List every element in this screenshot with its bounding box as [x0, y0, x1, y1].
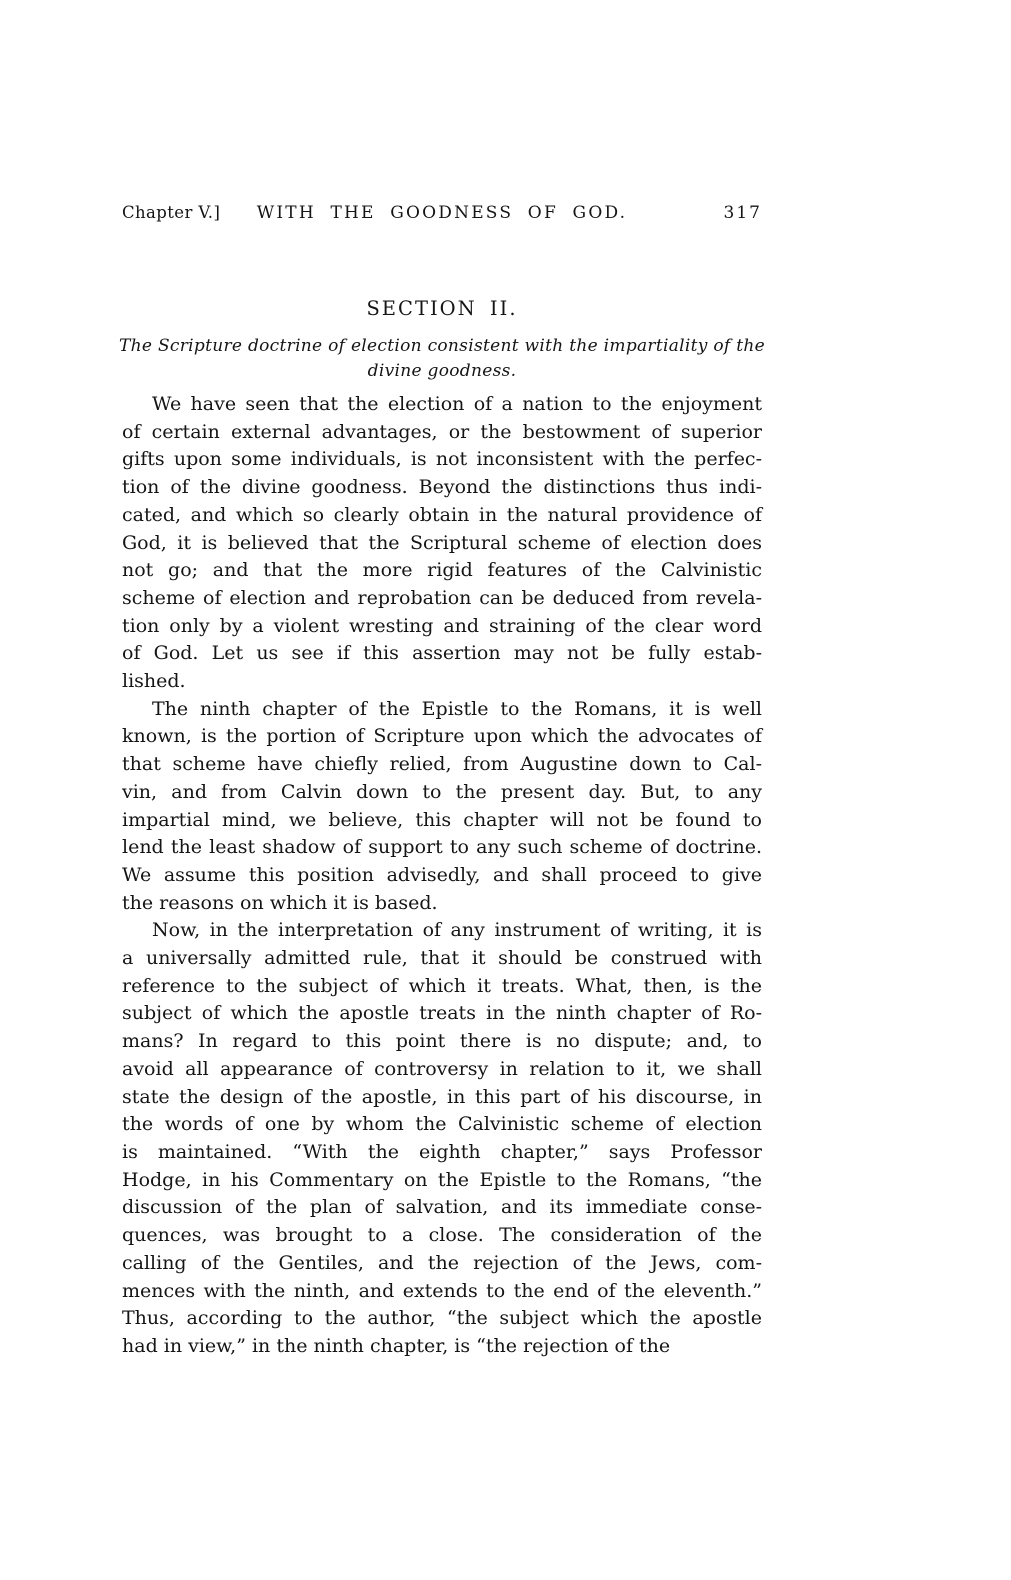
text-line: scheme of election and reprobation can b…: [122, 585, 762, 613]
text-line: cated, and which so clearly obtain in th…: [122, 502, 762, 530]
text-line: lend the least shadow of support to any …: [122, 834, 762, 862]
text-line: of God. Let us see if this assertion may…: [122, 640, 762, 668]
text-line: mences with the ninth, and extends to th…: [122, 1278, 762, 1306]
body-text: We have seen that the election of a nati…: [122, 391, 762, 1361]
text-line: calling of the Gentiles, and the rejecti…: [122, 1250, 762, 1278]
text-line: the words of one by whom the Calvinistic…: [122, 1111, 762, 1139]
paragraph: We have seen that the election of a nati…: [122, 391, 762, 696]
text-line: Hodge, in his Commentary on the Epistle …: [122, 1167, 762, 1195]
running-head-title: WITH THE GOODNESS OF GOD.: [122, 203, 762, 223]
section-subtitle: The Scripture doctrine of election consi…: [102, 334, 782, 384]
subtitle-line: divine goodness.: [102, 359, 782, 384]
text-line: lished.: [122, 668, 762, 696]
text-line: vin, and from Calvin down to the present…: [122, 779, 762, 807]
text-line: subject of which the apostle treats in t…: [122, 1000, 762, 1028]
subtitle-line: The Scripture doctrine of election consi…: [102, 334, 782, 359]
section-heading: SECTION II.: [122, 297, 762, 320]
paragraph: The ninth chapter of the Epistle to the …: [122, 696, 762, 918]
text-line: We assume this position advisedly, and s…: [122, 862, 762, 890]
running-header: Chapter V.] WITH THE GOODNESS OF GOD. 31…: [122, 203, 762, 227]
text-line: tion of the divine goodness. Beyond the …: [122, 474, 762, 502]
text-line: impartial mind, we believe, this chapter…: [122, 807, 762, 835]
book-page: Chapter V.] WITH THE GOODNESS OF GOD. 31…: [0, 0, 1011, 1580]
text-line: Thus, according to the author, “the subj…: [122, 1305, 762, 1333]
text-line: that scheme have chiefly relied, from Au…: [122, 751, 762, 779]
text-line: the reasons on which it is based.: [122, 890, 762, 918]
text-line: reference to the subject of which it tre…: [122, 973, 762, 1001]
text-line: gifts upon some individuals, is not inco…: [122, 446, 762, 474]
text-line: We have seen that the election of a nati…: [122, 391, 762, 419]
text-line: Now, in the interpretation of any instru…: [122, 917, 762, 945]
page-number: 317: [724, 203, 762, 223]
paragraph: Now, in the interpretation of any instru…: [122, 917, 762, 1360]
text-line: is maintained. “With the eighth chapter,…: [122, 1139, 762, 1167]
text-line: had in view,” in the ninth chapter, is “…: [122, 1333, 762, 1361]
text-line: mans? In regard to this point there is n…: [122, 1028, 762, 1056]
text-line: quences, was brought to a close. The con…: [122, 1222, 762, 1250]
text-line: avoid all appearance of controversy in r…: [122, 1056, 762, 1084]
text-line: not go; and that the more rigid features…: [122, 557, 762, 585]
text-line: tion only by a violent wresting and stra…: [122, 613, 762, 641]
text-line: of certain external advantages, or the b…: [122, 419, 762, 447]
text-line: discussion of the plan of salvation, and…: [122, 1194, 762, 1222]
text-line: state the design of the apostle, in this…: [122, 1084, 762, 1112]
text-line: known, is the portion of Scripture upon …: [122, 723, 762, 751]
text-line: The ninth chapter of the Epistle to the …: [122, 696, 762, 724]
text-line: a universally admitted rule, that it sho…: [122, 945, 762, 973]
text-line: God, it is believed that the Scriptural …: [122, 530, 762, 558]
